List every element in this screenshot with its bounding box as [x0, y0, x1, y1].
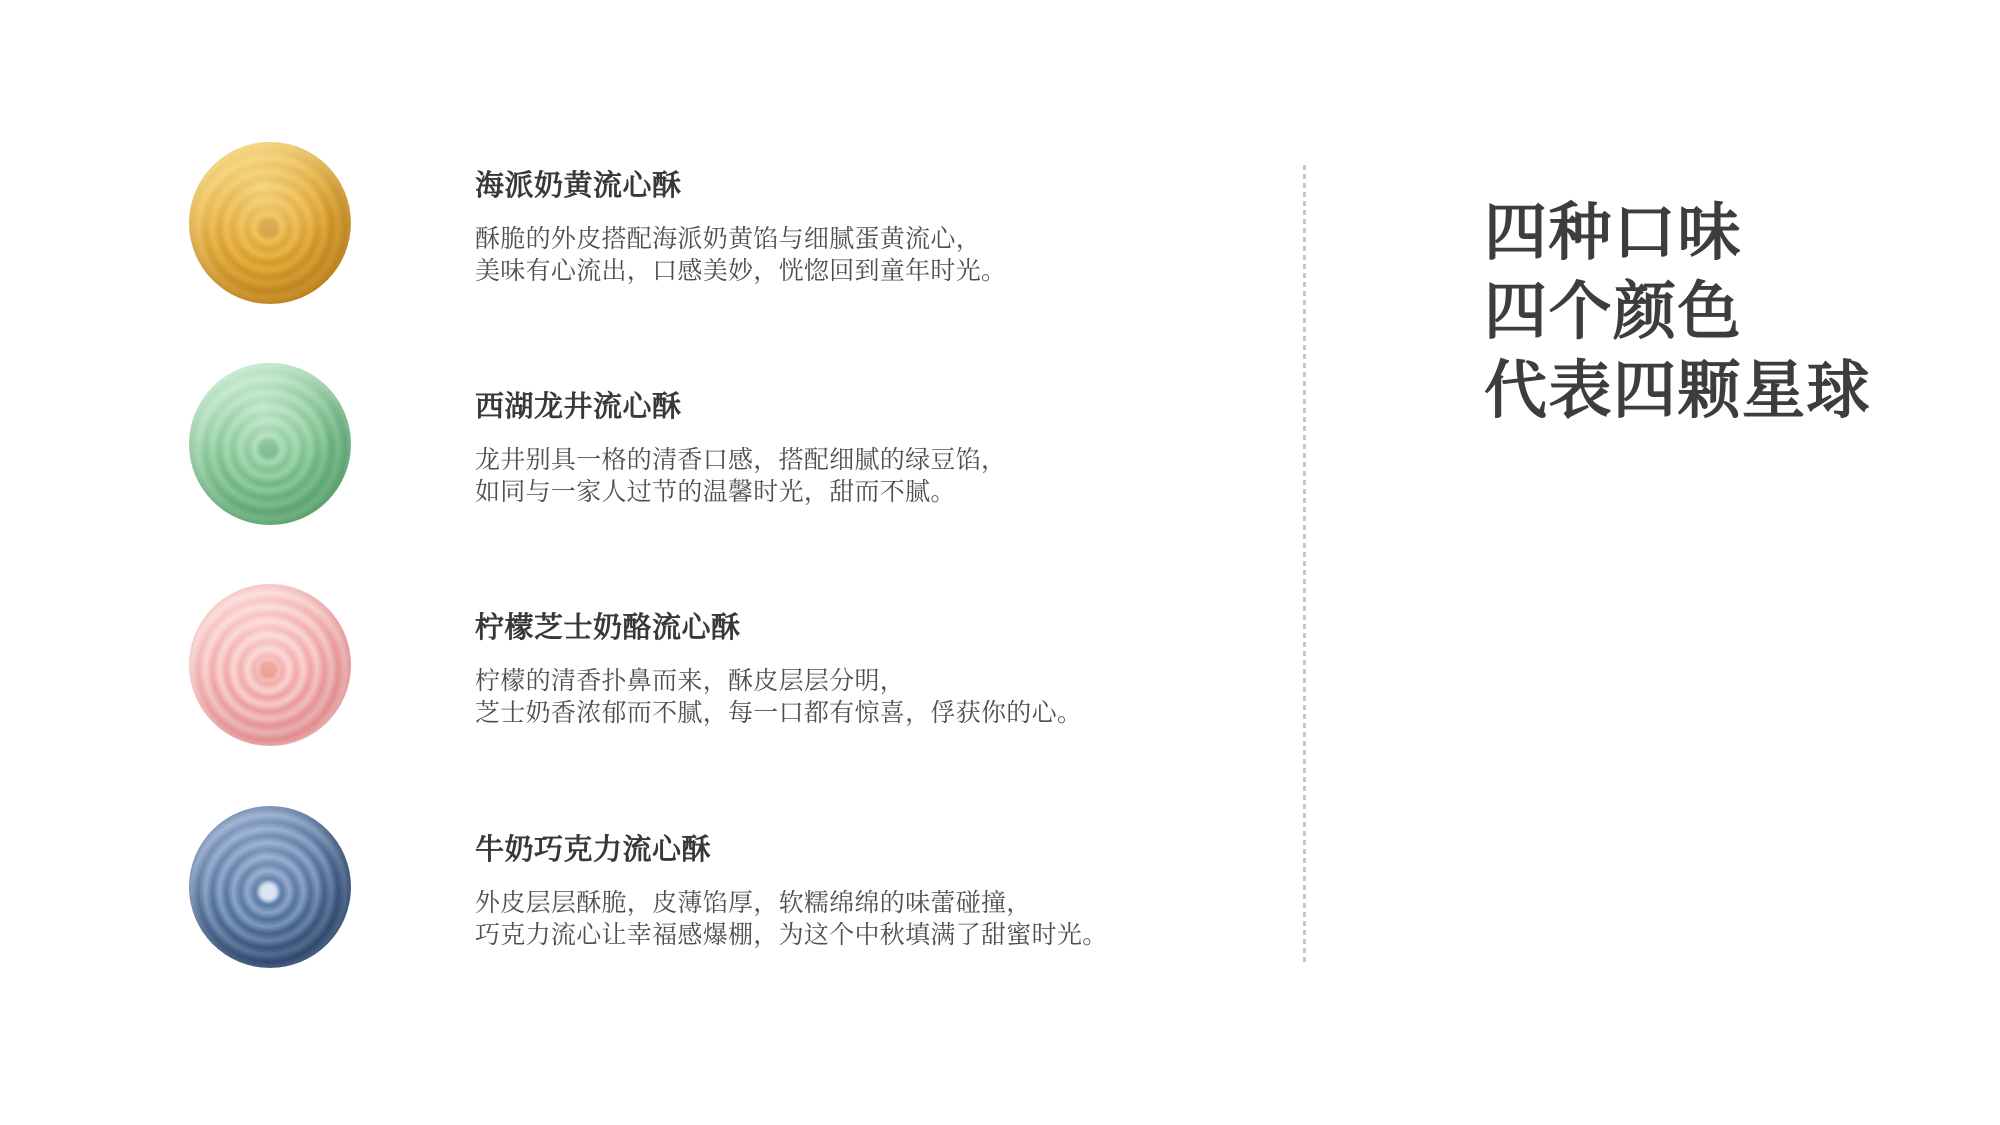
headline-line-2: 四个颜色 — [1484, 273, 1871, 352]
pastry-ball-blue-chocolate-icon — [189, 806, 351, 968]
product-description-longjing-line1: 龙井别具一格的清香口感，搭配细腻的绿豆馅， — [475, 446, 1006, 474]
product-description-lemon-cheese-line2: 芝士奶香浓郁而不腻，每一口都有惊喜，俘获你的心。 — [475, 699, 1082, 727]
product-text-custard: 海派奶黄流心酥 酥脆的外皮搭配海派奶黄馅与细腻蛋黄流心，美味有心流出，口感美妙，… — [475, 142, 1006, 287]
product-text-longjing: 西湖龙井流心酥 龙井别具一格的清香口感，搭配细腻的绿豆馅，如同与一家人过节的温馨… — [475, 363, 1006, 508]
product-description-chocolate-line1: 外皮层层酥脆，皮薄馅厚，软糯绵绵的味蕾碰撞， — [475, 889, 1032, 917]
product-title-longjing: 西湖龙井流心酥 — [475, 389, 1006, 425]
section-headline: 四种口味 四个颜色 代表四颗星球 — [1484, 194, 1871, 431]
product-description-chocolate-line2: 巧克力流心让幸福感爆棚，为这个中秋填满了甜蜜时光。 — [475, 921, 1108, 949]
pastry-ball-yellow-custard-icon — [189, 142, 351, 304]
product-text-chocolate: 牛奶巧克力流心酥 外皮层层酥脆，皮薄馅厚，软糯绵绵的味蕾碰撞，巧克力流心让幸福感… — [475, 806, 1108, 951]
product-title-chocolate: 牛奶巧克力流心酥 — [475, 832, 1108, 868]
product-row-longjing: 西湖龙井流心酥 龙井别具一格的清香口感，搭配细腻的绿豆馅，如同与一家人过节的温馨… — [189, 363, 1006, 525]
headline-line-1: 四种口味 — [1484, 194, 1871, 273]
product-description-longjing: 龙井别具一格的清香口感，搭配细腻的绿豆馅，如同与一家人过节的温馨时光，甜而不腻。 — [475, 444, 1006, 508]
product-description-lemon-cheese-line1: 柠檬的清香扑鼻而来，酥皮层层分明， — [475, 667, 905, 695]
product-description-custard-line1: 酥脆的外皮搭配海派奶黄馅与细腻蛋黄流心， — [475, 225, 981, 253]
dashed-vertical-divider — [1303, 165, 1306, 963]
pastry-ball-pink-lemon-cheese-icon — [189, 584, 351, 746]
product-description-longjing-line2: 如同与一家人过节的温馨时光，甜而不腻。 — [475, 478, 956, 506]
product-text-lemon-cheese: 柠檬芝士奶酪流心酥 柠檬的清香扑鼻而来，酥皮层层分明，芝士奶香浓郁而不腻，每一口… — [475, 584, 1082, 729]
pastry-ball-green-longjing-icon — [189, 363, 351, 525]
product-description-chocolate: 外皮层层酥脆，皮薄馅厚，软糯绵绵的味蕾碰撞，巧克力流心让幸福感爆棚，为这个中秋填… — [475, 887, 1108, 951]
product-row-custard: 海派奶黄流心酥 酥脆的外皮搭配海派奶黄馅与细腻蛋黄流心，美味有心流出，口感美妙，… — [189, 142, 1006, 304]
product-row-chocolate: 牛奶巧克力流心酥 外皮层层酥脆，皮薄馅厚，软糯绵绵的味蕾碰撞，巧克力流心让幸福感… — [189, 806, 1108, 968]
product-title-custard: 海派奶黄流心酥 — [475, 168, 1006, 204]
headline-line-3: 代表四颗星球 — [1484, 352, 1871, 431]
product-description-lemon-cheese: 柠檬的清香扑鼻而来，酥皮层层分明，芝士奶香浓郁而不腻，每一口都有惊喜，俘获你的心… — [475, 665, 1082, 729]
product-description-custard-line2: 美味有心流出，口感美妙，恍惚回到童年时光。 — [475, 257, 1006, 285]
product-description-custard: 酥脆的外皮搭配海派奶黄馅与细腻蛋黄流心，美味有心流出，口感美妙，恍惚回到童年时光… — [475, 223, 1006, 287]
product-row-lemon-cheese: 柠檬芝士奶酪流心酥 柠檬的清香扑鼻而来，酥皮层层分明，芝士奶香浓郁而不腻，每一口… — [189, 584, 1082, 746]
product-title-lemon-cheese: 柠檬芝士奶酪流心酥 — [475, 610, 1082, 646]
